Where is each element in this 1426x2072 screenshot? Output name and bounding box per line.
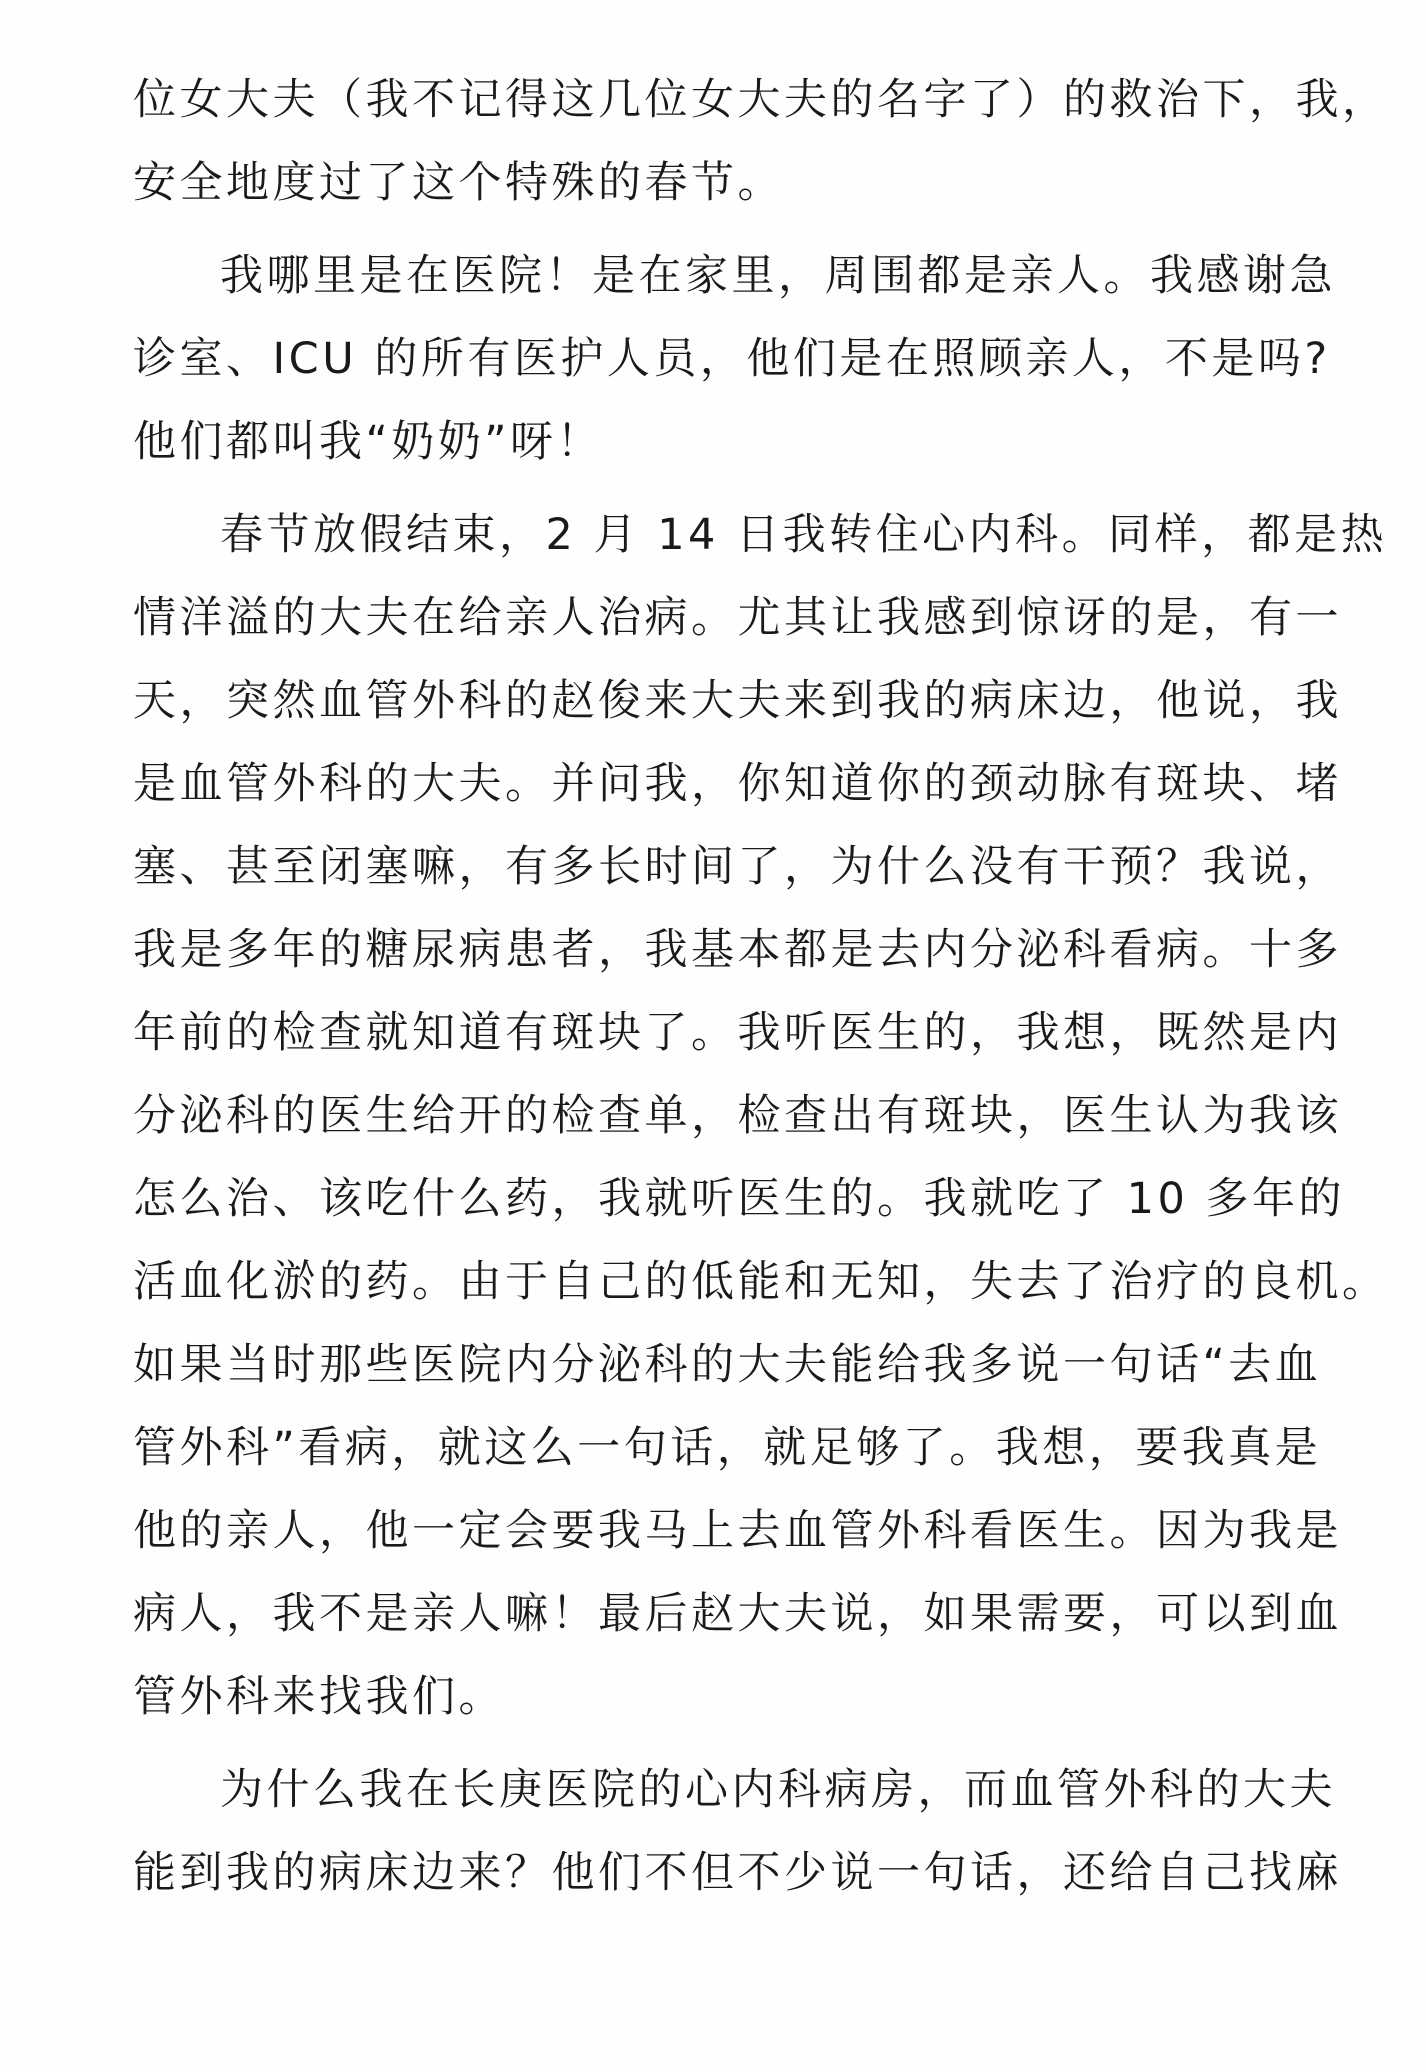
text-line: 他的亲人，他一定会要我马上去血管外科看医生。因为我是 <box>133 1501 1293 1561</box>
text-line: 安全地度过了这个特殊的春节。 <box>133 153 1293 213</box>
text-line: 天，突然血管外科的赵俊来大夫来到我的病床边，他说，我 <box>133 671 1293 731</box>
text-line: 管外科来找我们。 <box>133 1667 1293 1727</box>
text-line: 怎么治、该吃什么药，我就听医生的。我就吃了 10 多年的 <box>133 1169 1293 1229</box>
text-line: 诊室、ICU 的所有医护人员，他们是在照顾亲人，不是吗? <box>133 329 1293 389</box>
text-line: 他们都叫我“奶奶”呀！ <box>133 412 1293 472</box>
text-line: 能到我的病床边来？他们不但不少说一句话，还给自己找麻 <box>133 1843 1293 1903</box>
text-line: 为什么我在长庚医院的心内科病房，而血管外科的大夫 <box>220 1760 1293 1820</box>
text-line: 我哪里是在医院！是在家里，周围都是亲人。我感谢急 <box>220 246 1293 306</box>
text-line: 我是多年的糖尿病患者，我基本都是去内分泌科看病。十多 <box>133 920 1293 980</box>
text-line: 位女大夫（我不记得这几位女大夫的名字了）的救治下，我， <box>133 70 1293 130</box>
document-page: 位女大夫（我不记得这几位女大夫的名字了）的救治下，我， 安全地度过了这个特殊的春… <box>0 0 1426 2072</box>
text-line: 管外科”看病，就这么一句话，就足够了。我想，要我真是 <box>133 1418 1293 1478</box>
text-line: 年前的检查就知道有斑块了。我听医生的，我想，既然是内 <box>133 1003 1293 1063</box>
text-line: 是血管外科的大夫。并问我，你知道你的颈动脉有斑块、堵 <box>133 754 1293 814</box>
text-line: 如果当时那些医院内分泌科的大夫能给我多说一句话“去血 <box>133 1335 1293 1395</box>
text-line: 情洋溢的大夫在给亲人治病。尤其让我感到惊讶的是，有一 <box>133 588 1293 648</box>
text-line: 病人，我不是亲人嘛！最后赵大夫说，如果需要，可以到血 <box>133 1584 1293 1644</box>
text-line: 塞、甚至闭塞嘛，有多长时间了，为什么没有干预？我说， <box>133 837 1293 897</box>
text-line: 活血化淤的药。由于自己的低能和无知，失去了治疗的良机。 <box>133 1252 1293 1312</box>
text-line: 春节放假结束，2 月 14 日我转住心内科。同样，都是热 <box>220 505 1293 565</box>
text-line: 分泌科的医生给开的检查单，检查出有斑块，医生认为我该 <box>133 1086 1293 1146</box>
